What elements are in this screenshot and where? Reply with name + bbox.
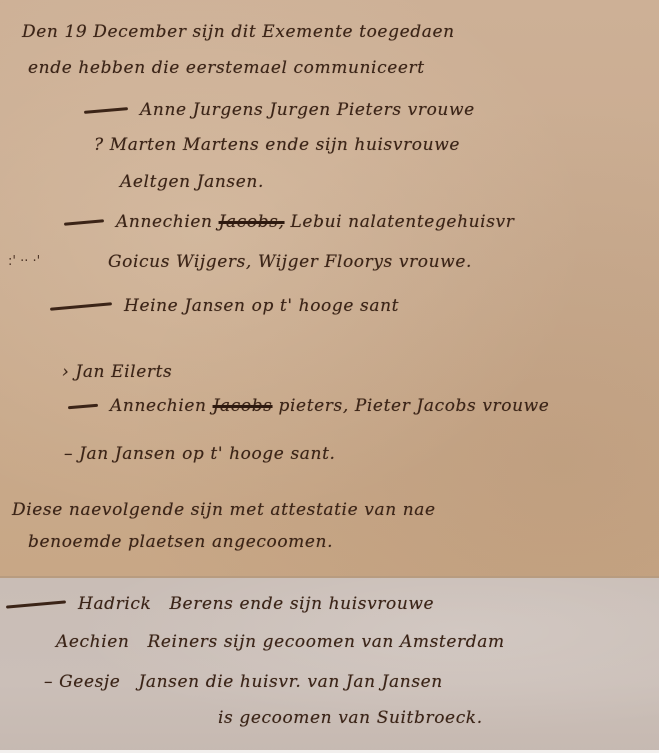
- entry-note: Reiners sijn gecoomen van Amsterdam: [147, 632, 504, 652]
- entry-mark: ?: [94, 135, 110, 155]
- header-line-1: Den 19 December sijn dit Exemente toeged…: [22, 22, 455, 42]
- entry-note: ende sijn huisvrouwe: [265, 135, 460, 155]
- entry-note: Wijger Floorys vrouwe.: [258, 252, 472, 272]
- register-entry: › Jan Eilerts: [62, 362, 172, 382]
- entry-name: Heine Jansen: [124, 296, 246, 316]
- register-entry-continuation: is gecoomen van Suitbroeck.: [218, 708, 483, 728]
- footer-text-2: benoemde plaetsen angecoomen.: [28, 532, 333, 552]
- struck-out-text: Jacobs,: [219, 212, 285, 232]
- entry-mark: ›: [62, 362, 75, 382]
- register-entry: – Jan Jansen op t' hooge sant.: [64, 444, 336, 464]
- register-entry: – Geesje Jansen die huisvr. van Jan Jans…: [44, 672, 443, 692]
- margin-marks: :' ·· ·': [8, 254, 40, 269]
- entry-note: is gecoomen van Suitbroeck.: [218, 708, 483, 728]
- entry-note: .: [258, 172, 264, 192]
- footer-line-1: Diese naevolgende sijn met attestatie va…: [12, 500, 436, 520]
- register-entry: Aeltgen Jansen.: [120, 172, 264, 192]
- register-entry: Annechien Jacobs, Lebui nalatentegehuisv…: [64, 212, 514, 232]
- footer-text-1: Diese naevolgende sijn met attestatie va…: [12, 500, 436, 520]
- header-text-2: ende hebben die eerstemael communiceert: [28, 58, 425, 78]
- entry-name: Jan Eilerts: [75, 362, 172, 382]
- register-entry: Anne Jurgens Jurgen Pieters vrouwe: [84, 100, 475, 120]
- register-entry: Hadrick Berens ende sijn huisvrouwe: [6, 594, 434, 614]
- entry-dash: [50, 302, 112, 310]
- entry-name: Jan Jansen: [79, 444, 176, 464]
- register-entry: Goicus Wijgers, Wijger Floorys vrouwe.: [108, 252, 472, 272]
- entry-note: Lebui nalatentegehuisvr: [291, 212, 515, 232]
- entry-mark: –: [64, 444, 79, 464]
- header-line-2: ende hebben die eerstemael communiceert: [28, 58, 425, 78]
- entry-note: op t' hooge sant.: [182, 444, 335, 464]
- entry-dash: [6, 600, 66, 608]
- upper-manuscript-sheet: Den 19 December sijn dit Exemente toeged…: [0, 0, 659, 578]
- entry-note: pieters, Pieter Jacobs vrouwe: [279, 396, 550, 416]
- entry-name: Anne Jurgens: [140, 100, 263, 120]
- header-text-1: Den 19 December sijn dit Exemente toeged…: [22, 22, 455, 42]
- footer-line-2: benoemde plaetsen angecoomen.: [28, 532, 333, 552]
- register-entry: Aechien Reiners sijn gecoomen van Amster…: [56, 632, 505, 652]
- entry-note: Jurgen Pieters vrouwe: [269, 100, 474, 120]
- entry-name: Annechien: [110, 396, 207, 416]
- entry-name: Marten Martens: [110, 135, 260, 155]
- entry-dash: [84, 107, 128, 114]
- entry-name: Geesje: [59, 672, 120, 692]
- entry-name: Aeltgen Jansen: [120, 172, 258, 192]
- margin-marks-text: :' ·· ·': [8, 254, 40, 269]
- entry-dash: [68, 404, 98, 410]
- struck-out-text: Jacobs: [213, 396, 273, 416]
- entry-note: Jansen die huisvr. van Jan Jansen: [138, 672, 442, 692]
- register-entry: ? Marten Martens ende sijn huisvrouwe: [94, 135, 460, 155]
- entry-name: Aechien: [56, 632, 129, 652]
- register-entry: Annechien Jacobs pieters, Pieter Jacobs …: [68, 396, 549, 416]
- entry-mark: –: [44, 672, 59, 692]
- entry-name: Goicus Wijgers,: [108, 252, 252, 272]
- entry-note: op t' hooge sant: [252, 296, 399, 316]
- register-entry: Heine Jansen op t' hooge sant: [50, 296, 399, 316]
- entry-note: Berens ende sijn huisvrouwe: [169, 594, 434, 614]
- entry-name: Annechien: [116, 212, 213, 232]
- entry-name: Hadrick: [78, 594, 151, 614]
- entry-dash: [64, 219, 104, 225]
- lower-manuscript-sheet: Hadrick Berens ende sijn huisvrouwe Aech…: [0, 578, 659, 753]
